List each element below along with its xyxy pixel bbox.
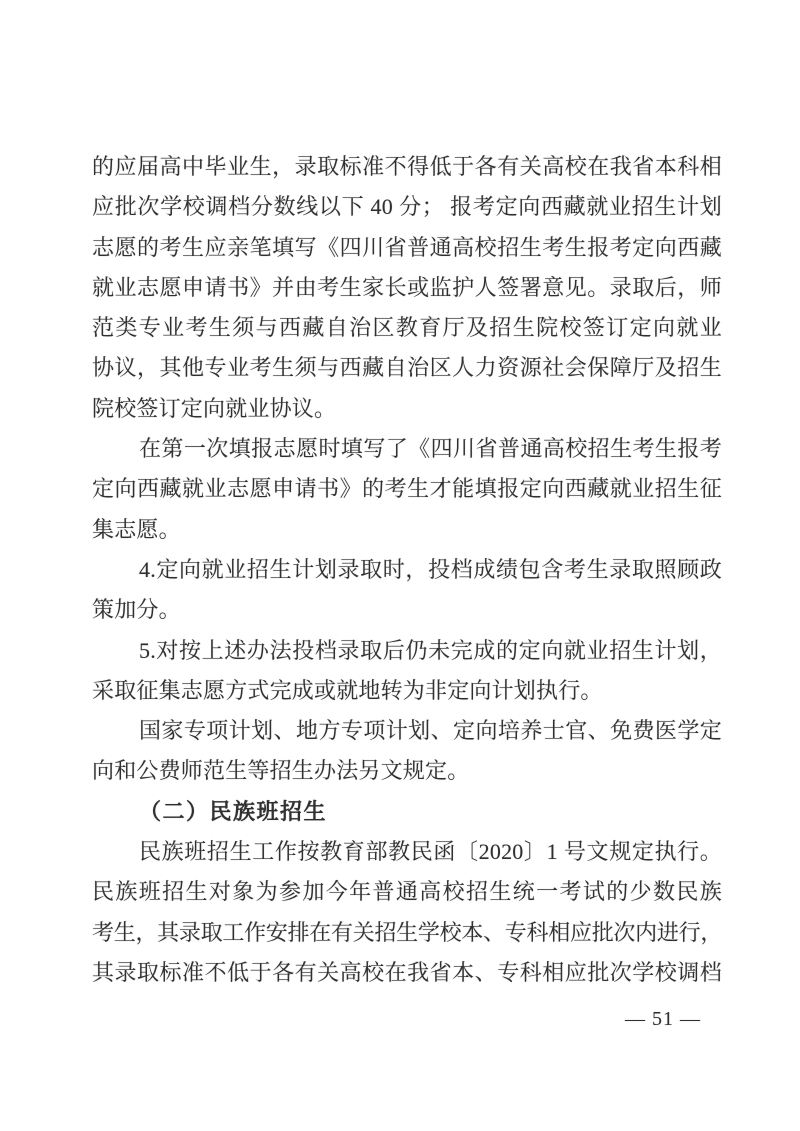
text-line: 范类专业考生须与西藏自治区教育厅及招生院校签订定向就业 xyxy=(92,308,722,348)
text-line: 院校签订定向就业协议。 xyxy=(92,389,722,429)
text-line: 其录取标准不低于各有关高校在我省本、专科相应批次学校调档 xyxy=(92,953,722,993)
text-line: 定向西藏就业志愿申请书》的考生才能填报定向西藏就业招生征 xyxy=(92,469,722,509)
text-line: 采取征集志愿方式完成或就地转为非定向计划执行。 xyxy=(92,671,722,711)
text-line: 在第一次填报志愿时填写了《四川省普通高校招生考生报考 xyxy=(92,429,722,469)
text-line: 民族班招生对象为参加今年普通高校招生统一考试的少数民族 xyxy=(92,872,722,912)
text-line: 向和公费师范生等招生办法另文规定。 xyxy=(92,751,722,791)
document-page: 的应届高中毕业生，录取标准不得低于各有关高校在我省本科相 应批次学校调档分数线以… xyxy=(0,0,800,1131)
text-line: 集志愿。 xyxy=(92,510,722,550)
text-line: 5.对按上述办法投档录取后仍未完成的定向就业招生计划， xyxy=(92,631,722,671)
text-line: 就业志愿申请书》并由考生家长或监护人签署意见。录取后，师 xyxy=(92,268,722,308)
text-line: 4.定向就业招生计划录取时，投档成绩包含考生录取照顾政 xyxy=(92,550,722,590)
text-line: 的应届高中毕业生，录取标准不得低于各有关高校在我省本科相 xyxy=(92,147,722,187)
text-line: 志愿的考生应亲笔填写《四川省普通高校招生考生报考定向西藏 xyxy=(92,228,722,268)
text-line: 应批次学校调档分数线以下 40 分； 报考定向西藏就业招生计划 xyxy=(92,187,722,227)
text-line: 国家专项计划、地方专项计划、定向培养士官、免费医学定 xyxy=(92,711,722,751)
body-text-block: 的应届高中毕业生，录取标准不得低于各有关高校在我省本科相 应批次学校调档分数线以… xyxy=(92,147,722,993)
page-number: — 51 — xyxy=(598,1008,728,1031)
text-line: 民族班招生工作按教育部教民函〔2020〕1 号文规定执行。 xyxy=(92,832,722,872)
section-heading: （二）民族班招生 xyxy=(92,792,722,832)
text-line: 策加分。 xyxy=(92,590,722,630)
text-line: 协议，其他专业考生须与西藏自治区人力资源社会保障厅及招生 xyxy=(92,348,722,388)
text-line: 考生，其录取工作安排在有关招生学校本、专科相应批次内进行， xyxy=(92,913,722,953)
